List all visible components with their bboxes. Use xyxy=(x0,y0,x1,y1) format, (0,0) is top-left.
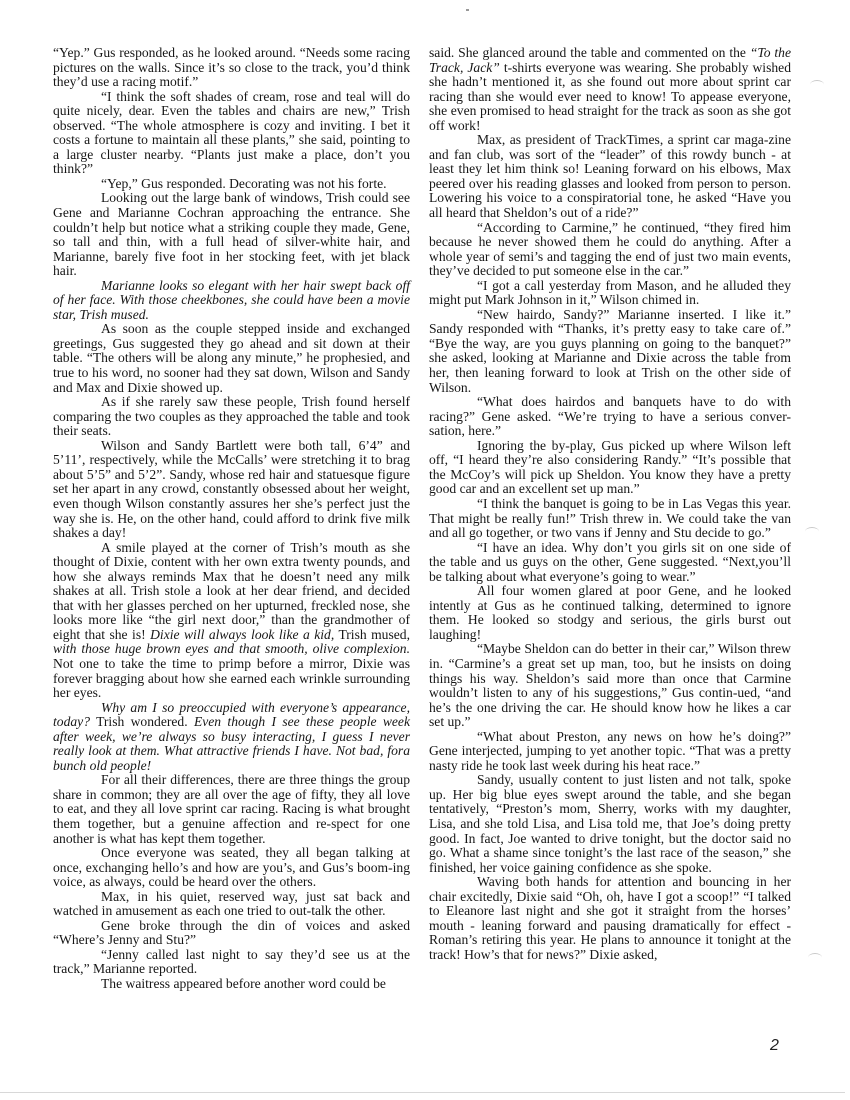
paragraph: “I have an idea. Why don’t you girls sit… xyxy=(429,541,791,585)
scan-mark xyxy=(808,953,822,962)
paragraph: “What does hairdos and banquets have to … xyxy=(429,395,791,439)
paragraph: Once everyone was seated, they all began… xyxy=(53,846,410,890)
left-column: “Yep.” Gus responded, as he looked aroun… xyxy=(53,46,410,992)
paragraph: As soon as the couple stepped inside and… xyxy=(53,322,410,395)
paragraph: Wilson and Sandy Bartlett were both tall… xyxy=(53,439,410,541)
page-number: 2 xyxy=(770,1037,779,1055)
paragraph: As if she rarely saw these people, Trish… xyxy=(53,395,410,439)
paragraph: “I got a call yesterday from Mason, and … xyxy=(429,279,791,308)
scan-mark xyxy=(805,527,819,536)
italic-span: with those huge brown eyes and that smoo… xyxy=(53,641,410,656)
scan-mark xyxy=(466,9,469,11)
page-bottom-edge xyxy=(0,1092,845,1093)
paragraph: Gene broke through the din of voices and… xyxy=(53,919,410,948)
paragraph: said. She glanced around the table and c… xyxy=(429,46,791,133)
paragraph: “Yep.” Gus responded, as he looked aroun… xyxy=(53,46,410,90)
paragraph: Waving both hands for attention and boun… xyxy=(429,875,791,962)
paragraph: The waitress appeared before another wor… xyxy=(53,977,410,992)
paragraph: Max, as president of TrackTimes, a sprin… xyxy=(429,133,791,220)
paragraph: “New hairdo, Sandy?” Marianne inserted. … xyxy=(429,308,791,395)
paragraph: “I think the soft shades of cream, rose … xyxy=(53,90,410,177)
scan-mark xyxy=(810,80,824,89)
paragraph: “According to Carmine,” he continued, “t… xyxy=(429,221,791,279)
italic-span: Dixie will always look like a kid, xyxy=(150,627,334,642)
paragraph: “Yep,” Gus responded. Decorating was not… xyxy=(53,177,410,192)
paragraph: “What about Preston, any news on how he’… xyxy=(429,730,791,774)
paragraph: Sandy, usually content to just listen an… xyxy=(429,773,791,875)
paragraph: “Maybe Sheldon can do better in their ca… xyxy=(429,642,791,729)
paragraph: Looking out the large bank of windows, T… xyxy=(53,191,410,278)
paragraph: Why am I so preoccupied with everyone’s … xyxy=(53,701,410,774)
paragraph: For all their differences, there are thr… xyxy=(53,773,410,846)
paragraph: Max, in his quiet, reserved way, just sa… xyxy=(53,890,410,919)
text-span: said. She glanced around the table and c… xyxy=(429,45,750,60)
right-column: said. She glanced around the table and c… xyxy=(429,46,791,962)
text-span: Not one to take the time to primp before… xyxy=(53,656,410,700)
paragraph-thought: Marianne looks so elegant with her hair … xyxy=(53,279,410,323)
text-span: Trish wondered. xyxy=(90,714,194,729)
paragraph: “Jenny called last night to say they’d s… xyxy=(53,948,410,977)
paragraph: “I think the banquet is going to be in L… xyxy=(429,497,791,541)
paragraph: Ignoring the by-play, Gus picked up wher… xyxy=(429,439,791,497)
paragraph: A smile played at the corner of Trish’s … xyxy=(53,541,410,701)
paragraph: All four women glared at poor Gene, and … xyxy=(429,584,791,642)
document-page: “Yep.” Gus responded, as he looked aroun… xyxy=(0,0,850,1100)
text-span: Trish mused, xyxy=(334,627,410,642)
